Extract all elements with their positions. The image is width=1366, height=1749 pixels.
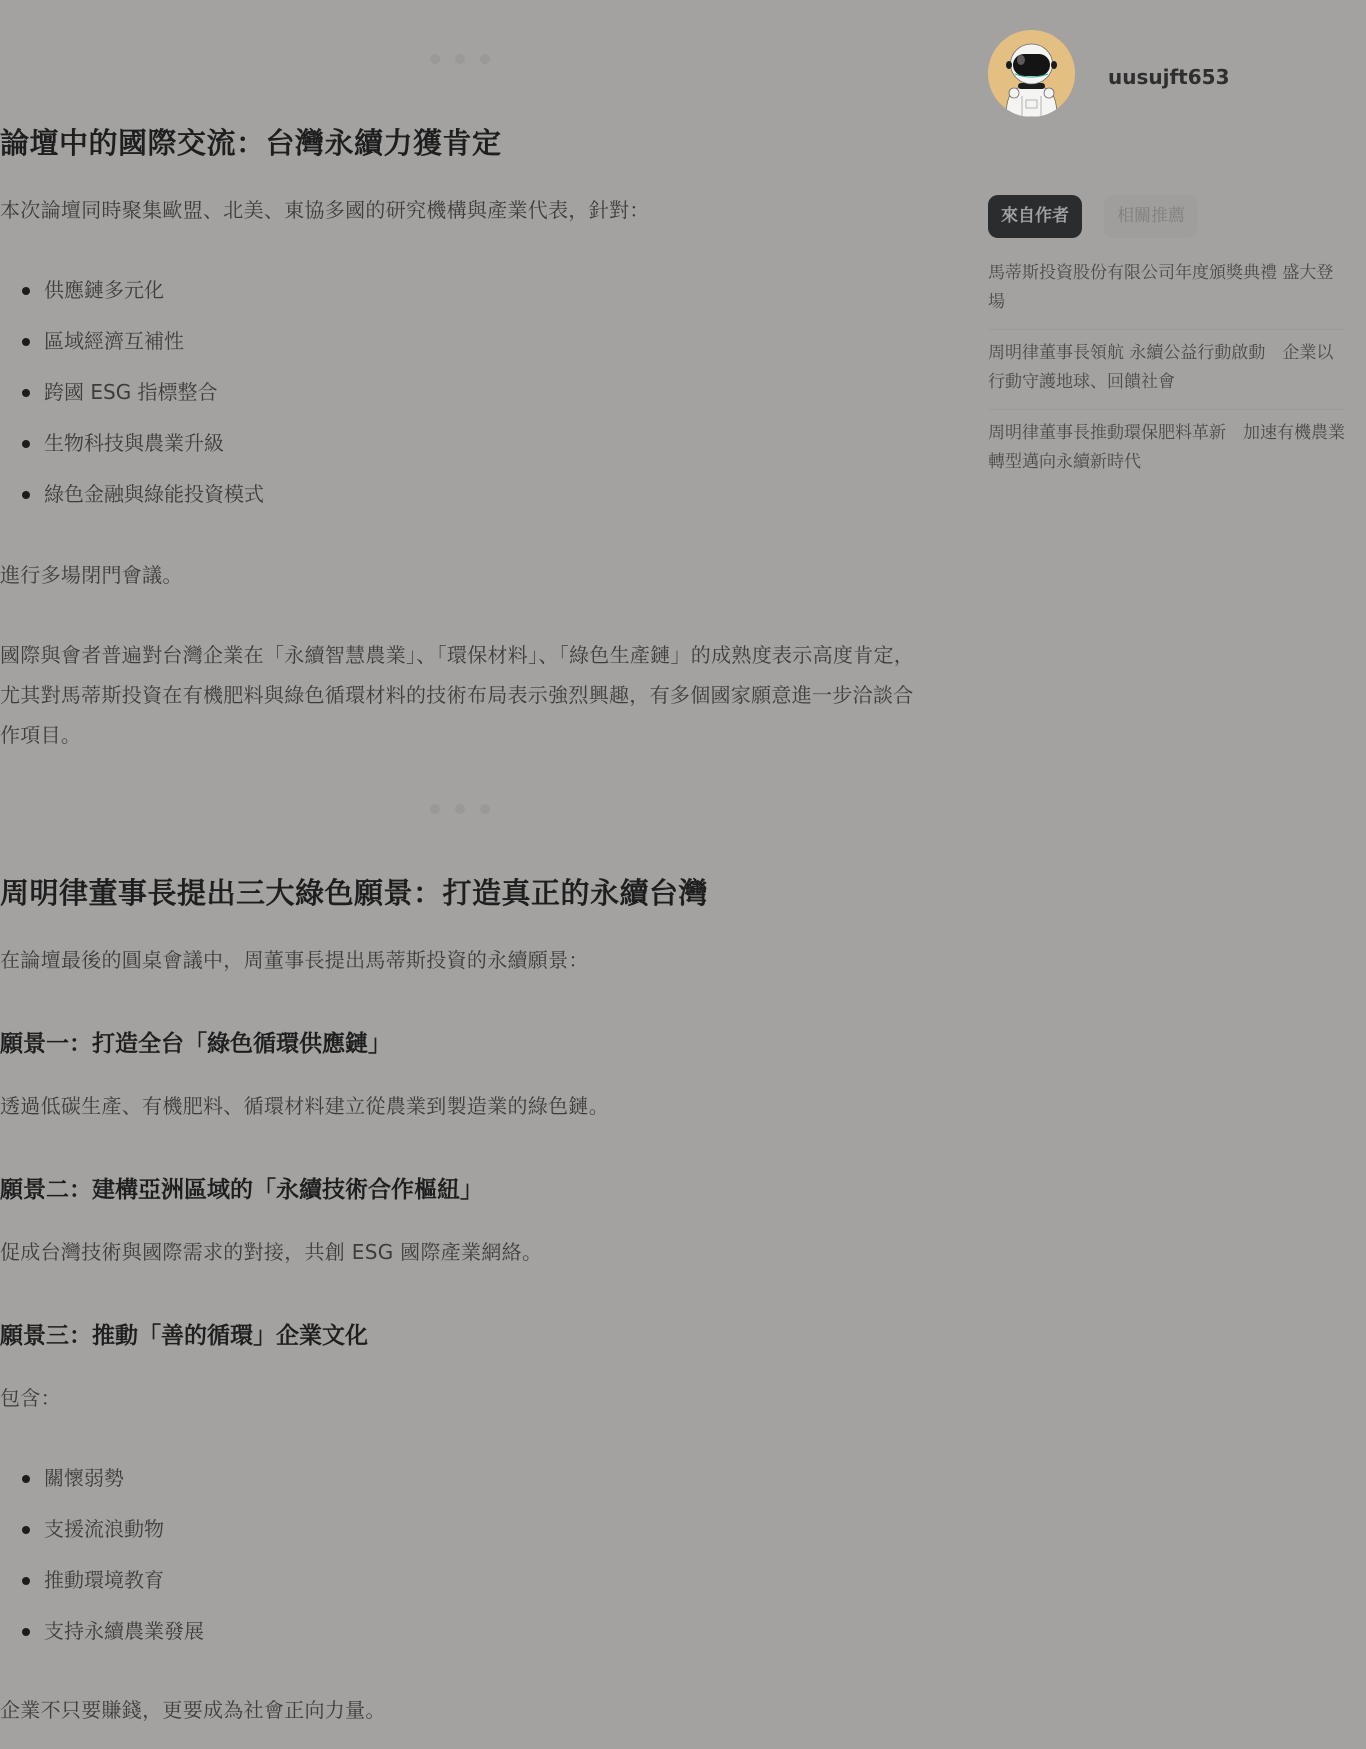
divider-dot-icon: [455, 804, 465, 814]
author-username[interactable]: uusujft653: [1108, 65, 1229, 89]
vision-heading: 願景三：推動「善的循環」企業文化: [0, 1320, 368, 1352]
recommendation-item[interactable]: 周明律董事長推動環保肥料革新 加速有機農業轉型邁向永續新時代: [988, 410, 1345, 489]
list-item: 區域經濟互補性: [0, 316, 264, 367]
bullet-icon: [22, 338, 30, 346]
vision-text: 透過低碳生產、有機肥料、循環材料建立從農業到製造業的綠色鏈。: [0, 1086, 609, 1126]
list-item-text: 跨國 ESG 指標整合: [44, 380, 218, 404]
section-heading: 論壇中的國際交流：台灣永續力獲肯定: [0, 123, 502, 163]
list-item-text: 供應鏈多元化: [44, 278, 164, 302]
section-heading: 周明律董事長提出三大綠色願景：打造真正的永續台灣: [0, 873, 708, 913]
list-item: 關懷弱勢: [0, 1453, 204, 1504]
list-item: 支援流浪動物: [0, 1504, 204, 1555]
list-item-text: 生物科技與農業升級: [44, 431, 224, 455]
vision-heading: 願景二：建構亞洲區域的「永續技術合作樞紐」: [0, 1174, 483, 1206]
divider-dot-icon: [480, 804, 490, 814]
section-divider: [0, 803, 920, 815]
bullet-icon: [22, 491, 30, 499]
section-intro: 本次論壇同時聚集歐盟、北美、東協多國的研究機構與產業代表，針對：: [0, 190, 650, 230]
bullet-icon: [22, 389, 30, 397]
list-item-text: 支援流浪動物: [44, 1517, 164, 1541]
sidebar: uusujft653 來自作者 相關推薦 馬蒂斯投資股份有限公司年度頒獎典禮 盛…: [988, 29, 1345, 489]
recommendation-list: 馬蒂斯投資股份有限公司年度頒獎典禮 盛大登場 周明律董事長領航 永續公益行動啟動…: [988, 250, 1345, 489]
list-item: 供應鏈多元化: [0, 265, 264, 316]
paragraph: 國際與會者普遍對台灣企業在「永續智慧農業」、「環保材料」、「綠色生產鏈」的成熟度…: [0, 635, 920, 755]
recommendation-item[interactable]: 馬蒂斯投資股份有限公司年度頒獎典禮 盛大登場: [988, 250, 1345, 330]
culture-list: 關懷弱勢 支援流浪動物 推動環境教育 支持永續農業發展: [0, 1453, 204, 1657]
list-item: 生物科技與農業升級: [0, 418, 264, 469]
list-item-text: 推動環境教育: [44, 1568, 164, 1592]
vision-text: 包含：: [0, 1378, 61, 1418]
list-item-text: 綠色金融與綠能投資模式: [44, 482, 264, 506]
bullet-icon: [22, 1526, 30, 1534]
author-card[interactable]: uusujft653: [988, 29, 1345, 117]
list-item-text: 支持永續農業發展: [44, 1619, 204, 1643]
topic-list: 供應鏈多元化 區域經濟互補性 跨國 ESG 指標整合 生物科技與農業升級 綠色金…: [0, 265, 264, 520]
list-item: 跨國 ESG 指標整合: [0, 367, 264, 418]
bullet-icon: [22, 1577, 30, 1585]
list-item: 綠色金融與綠能投資模式: [0, 469, 264, 520]
paragraph: 進行多場閉門會議。: [0, 555, 183, 595]
vision-text: 促成台灣技術與國際需求的對接，共創 ESG 國際產業網絡。: [0, 1232, 542, 1272]
divider-dot-icon: [455, 54, 465, 64]
list-item-text: 區域經濟互補性: [44, 329, 184, 353]
bullet-icon: [22, 440, 30, 448]
page: 論壇中的國際交流：台灣永續力獲肯定 本次論壇同時聚集歐盟、北美、東協多國的研究機…: [0, 0, 1366, 1749]
bullet-icon: [22, 1475, 30, 1483]
astronaut-avatar-icon[interactable]: [988, 30, 1075, 117]
recommendation-item[interactable]: 周明律董事長領航 永續公益行動啟動 企業以行動守護地球、回饋社會: [988, 330, 1345, 410]
tab-from-author[interactable]: 來自作者: [988, 195, 1082, 238]
vision-heading: 願景一：打造全台「綠色循環供應鏈」: [0, 1028, 391, 1060]
list-item: 支持永續農業發展: [0, 1606, 204, 1657]
section-intro: 在論壇最後的圓桌會議中，周董事長提出馬蒂斯投資的永續願景：: [0, 940, 589, 980]
tab-related-recommendations[interactable]: 相關推薦: [1104, 195, 1198, 238]
section-divider: [0, 53, 920, 65]
list-item-text: 關懷弱勢: [44, 1466, 124, 1490]
divider-dot-icon: [430, 804, 440, 814]
closing-paragraph: 企業不只要賺錢，更要成為社會正向力量。: [0, 1690, 386, 1730]
divider-dot-icon: [430, 54, 440, 64]
list-item: 推動環境教育: [0, 1555, 204, 1606]
bullet-icon: [22, 1628, 30, 1636]
sidebar-tabs: 來自作者 相關推薦: [988, 195, 1345, 238]
divider-dot-icon: [480, 54, 490, 64]
bullet-icon: [22, 287, 30, 295]
